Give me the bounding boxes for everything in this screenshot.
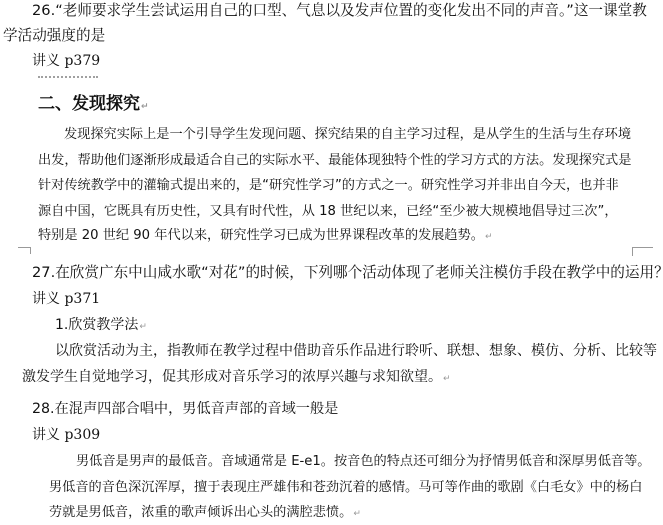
section-para-line-5: 特别是 20 世纪 90 年代以来，研究性学习已成为世界课程改革的发展趋势。↵ — [38, 226, 493, 247]
q26-line1: 26.“老师要求学生尝试运用自己的口型、气息以及发声位置的变化发出不同的声音。”… — [32, 1, 647, 21]
page-corner-mark-left — [18, 247, 31, 254]
paragraph-mark-icon: ↵ — [139, 322, 147, 332]
q26-reference: 讲义 p379 — [32, 51, 100, 71]
q28-para-line-3-text: 劳就是男低音，浓重的歌声倾诉出心头的满腔悲愤。 — [49, 505, 352, 520]
q26-line2: 学活动强度的是 — [3, 26, 105, 46]
section-heading-text: 二、发现探究 — [38, 94, 140, 114]
q27-para-line-2: 激发学生自觉地学习，促其形成对音乐学习的浓厚兴趣与求知欲望。↵ — [22, 367, 451, 389]
q28-para-line-1: 男低音是男声的最低音。音域通常是 E-e1。按音色的特点还可细分为抒情男低音和深… — [76, 452, 650, 472]
paragraph-mark-icon: ↵ — [141, 102, 149, 112]
section-para-line-3: 针对传统教学中的灌输式提出来的，是“研究性学习”的方式之一。研究性学习并非出自今… — [38, 176, 619, 196]
q27-subheading: 1.欣赏教学法↵ — [55, 315, 147, 337]
q28-para-line-2: 男低音的音色深沉浑厚，擅于表现庄严雄伟和苍劲沉着的感情。马可等作曲的歌剧《白毛女… — [49, 478, 642, 498]
q27-para-line-2-text: 激发学生自觉地学习，促其形成对音乐学习的浓厚兴趣与求知欲望。 — [22, 369, 442, 385]
q27-subheading-text: 1.欣赏教学法 — [55, 317, 138, 333]
q28-para-line-3: 劳就是男低音，浓重的歌声倾诉出心头的满腔悲愤。↵ — [49, 503, 361, 524]
q28-reference: 讲义 p309 — [32, 425, 100, 445]
section-para-line-1: 发现探究实际上是一个引导学生发现问题、探究结果的自主学习过程，是从学生的生活与生… — [64, 125, 631, 145]
section-heading: 二、发现探究↵ — [38, 93, 149, 118]
paragraph-mark-icon: ↵ — [353, 509, 361, 519]
paragraph-mark-icon: ↵ — [485, 232, 493, 242]
q27-reference: 讲义 p371 — [32, 289, 100, 309]
paragraph-mark-icon: ↵ — [443, 374, 451, 384]
section-para-line-2: 出发，帮助他们逐渐形成最适合自己的实际水平、最能体现独特个性的学习方式的方法。发… — [38, 151, 631, 171]
section-para-line-5-text: 特别是 20 世纪 90 年代以来，研究性学习已成为世界课程改革的发展趋势。 — [38, 228, 484, 243]
q27-line1: 27.在欣赏广东中山咸水歌“对花”的时候，下列哪个活动体现了老师关注模仿手段在教… — [32, 263, 663, 283]
q27-para-line-1: 以欣赏活动为主，指教师在教学过程中借助音乐作品进行聆听、联想、想象、模仿、分析、… — [55, 341, 657, 361]
cropped-text-fragment — [38, 76, 98, 81]
page-corner-mark-right — [632, 247, 653, 256]
q28-line1: 28.在混声四部合唱中，男低音声部的音域一般是 — [32, 399, 338, 419]
section-para-line-4: 源自中国，它既具有历史性，又具有时代性，从 18 世纪以来，已经“至少被大规模地… — [38, 202, 618, 222]
